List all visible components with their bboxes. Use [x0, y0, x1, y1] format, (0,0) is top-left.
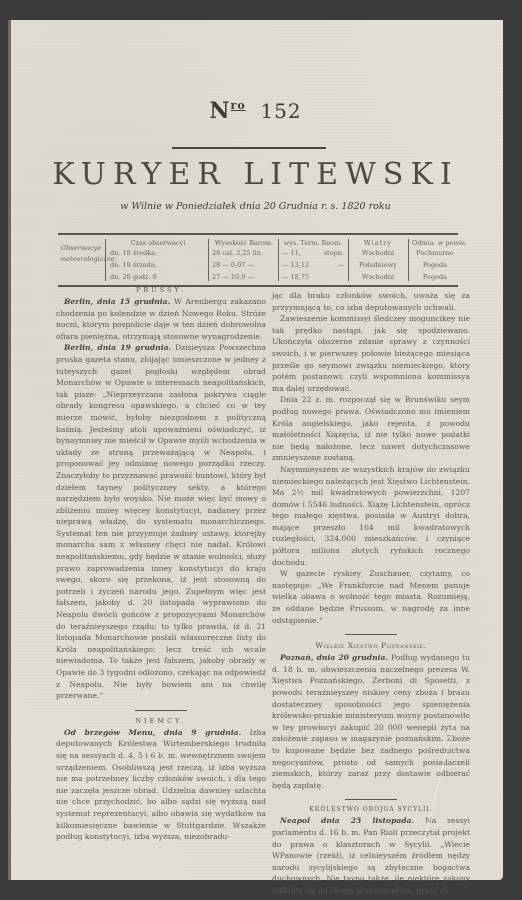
section-heading-prussia: PRUSSY.	[56, 286, 266, 294]
section-divider	[345, 799, 397, 800]
article-paragraph: Naymnieyszém ze wszystkich krajów do zwi…	[272, 464, 470, 568]
article-paragraph: Berlin, dnia 19 grudnia. Dzisieysza Pows…	[56, 342, 266, 701]
title-rule	[172, 147, 326, 149]
page-spine	[8, 20, 11, 880]
article-paragraph: jąc dla braku członków swoich, uważa się…	[272, 290, 470, 313]
left-column: PRUSSY. Berlin, dnia 15 grudnia. W Arenb…	[56, 282, 266, 843]
issue-suffix: ro	[231, 99, 246, 112]
section-heading-germany: NIEMCY.	[56, 717, 266, 725]
article-paragraph: Berlin, dnia 15 grudnia. W Arenbergu zak…	[56, 296, 266, 342]
weather-col-time: Czas obserwacyi dn. 18 środka. dn. 19 śr…	[110, 239, 206, 281]
article-paragraph: Dnia 22 z. m. rozpoczął się w Brunświku …	[272, 394, 470, 464]
weather-table: Obserwacye meteorologiczne. Czas obserwa…	[58, 233, 458, 287]
section-divider	[345, 634, 397, 635]
weather-label: Obserwacye meteorologiczne.	[60, 243, 102, 281]
section-heading-poznan: Wielkie Xięstwo Poznańskie.	[272, 641, 470, 650]
article-paragraph: Od brzegów Menu, dnia 9 grudnia. Izba de…	[56, 727, 266, 843]
dateline: w Wilnie w Poniedziałek dnia 20 Grudnia …	[8, 201, 503, 212]
newspaper-page: Nro 152 KURYER LITEWSKI w Wilnie w Ponie…	[8, 20, 503, 880]
weather-col-sky: Odmia. w powie. Pochmurno Pogoda Pogoda	[412, 239, 458, 281]
weather-col-thermometer: wys. Term. Reom. — 11, stopn. — 13,12 — …	[282, 239, 344, 281]
weather-col-barometer: Wysokość Barom. 28 cal. 2,25 lin. 28 — 0…	[212, 239, 276, 281]
issue-number: Nro 152	[8, 98, 503, 124]
article-paragraph: Zawieszenie kommissyi śledczey moguncike…	[272, 313, 470, 394]
issue-prefix: N	[209, 98, 230, 124]
section-divider	[135, 710, 187, 711]
weather-col-wind: Wiatry Wschodni Południowy Wschodni	[352, 239, 404, 281]
article-paragraph: W gazecie ryskiey Zuschauer, czytamy, co…	[272, 568, 470, 626]
masthead-title: KURYER LITEWSKI	[8, 157, 503, 192]
issue-value: 152	[260, 99, 301, 123]
